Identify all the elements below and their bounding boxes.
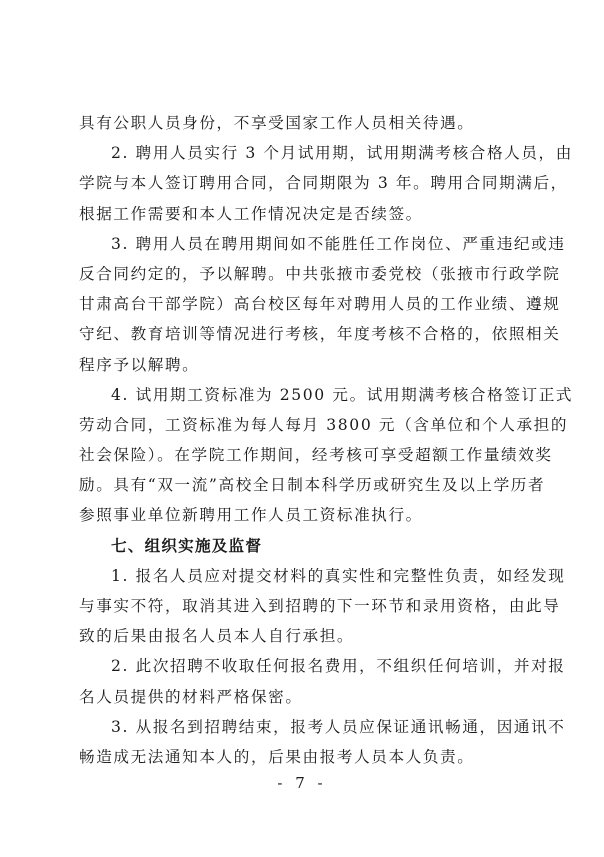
- paragraph-line: 1. 报名人员应对提交材料的真实性和完整性负责，如经发现: [79, 561, 534, 591]
- paragraph-line: 名人员提供的材料严格保密。: [79, 682, 534, 712]
- paragraph-line: 甘肃高台干部学院）高台校区每年对聘用人员的工作业绩、遵规: [79, 289, 534, 319]
- paragraph-line: 劳动合同，工资标准为每人每月 3800 元（含单位和个人承担的: [79, 410, 534, 440]
- paragraph-line: 与事实不符，取消其进入到招聘的下一环节和录用资格，由此导: [79, 591, 534, 621]
- paragraph-line: 2. 此次招聘不收取任何报名费用，不组织任何培训，并对报: [79, 651, 534, 681]
- paragraph-line: 3. 从报名到招聘结束，报考人员应保证通讯畅通，因通讯不: [79, 712, 534, 742]
- paragraph-line: 3. 聘用人员在聘用期间如不能胜任工作岗位、严重违纪或违: [79, 229, 534, 259]
- page-number: - 7 -: [0, 774, 604, 792]
- section-heading: 七、组织实施及监督: [79, 531, 534, 561]
- paragraph-line: 励。具有“双一流”高校全日制本科学历或研究生及以上学历者: [79, 470, 534, 500]
- paragraph-line: 畅造成无法通知本人的，后果由报考人员本人负责。: [79, 742, 534, 772]
- paragraph-line: 反合同约定的，予以解聘。中共张掖市委党校（张掖市行政学院: [79, 259, 534, 289]
- paragraph-line: 4. 试用期工资标准为 2500 元。试用期满考核合格签订正式: [79, 380, 534, 410]
- paragraph-line: 根据工作需要和本人工作情况决定是否续签。: [79, 199, 534, 229]
- paragraph-line: 守纪、教育培训等情况进行考核，年度考核不合格的，依照相关: [79, 319, 534, 349]
- paragraph-line: 社会保险）。在学院工作期间，经考核可享受超额工作量绩效奖: [79, 440, 534, 470]
- paragraph-line: 致的后果由报名人员本人自行承担。: [79, 621, 534, 651]
- paragraph-line: 具有公职人员身份，不享受国家工作人员相关待遇。: [79, 108, 534, 138]
- document-page: 具有公职人员身份，不享受国家工作人员相关待遇。 2. 聘用人员实行 3 个月试用…: [0, 0, 604, 857]
- paragraph-line: 学院与本人签订聘用合同，合同期限为 3 年。聘用合同期满后，: [79, 168, 534, 198]
- paragraph-line: 程序予以解聘。: [79, 350, 534, 380]
- paragraph-line: 2. 聘用人员实行 3 个月试用期，试用期满考核合格人员，由: [79, 138, 534, 168]
- paragraph-line: 参照事业单位新聘用工作人员工资标准执行。: [79, 500, 534, 530]
- document-body: 具有公职人员身份，不享受国家工作人员相关待遇。 2. 聘用人员实行 3 个月试用…: [79, 108, 534, 772]
